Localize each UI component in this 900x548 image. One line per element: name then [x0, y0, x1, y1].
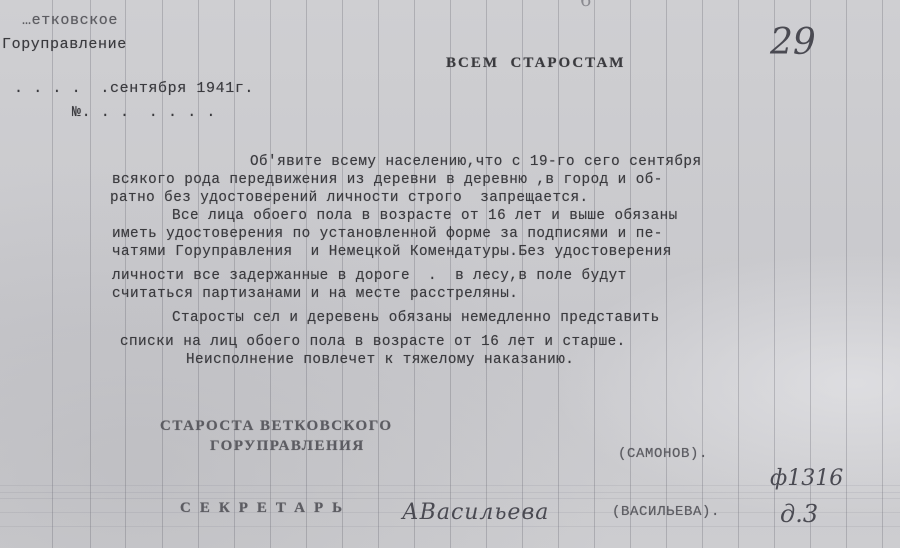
- signer-name: (САМОНОВ).: [618, 446, 708, 462]
- ruling-line: [0, 498, 900, 499]
- scanned-paper: 6 29 …етковское Горуправление . . . . .с…: [0, 0, 900, 548]
- body-line: ратно без удостоверений личности строго …: [110, 190, 589, 206]
- body-line: Неисполнение повлечет к тяжелому наказан…: [186, 352, 574, 368]
- archive-page-number: 29: [770, 22, 816, 63]
- ruling-line: [0, 492, 900, 493]
- archive-delo-reference: д.3: [780, 500, 818, 528]
- document-number-line: №. . . . . . .: [72, 104, 216, 121]
- ruling-line: [0, 526, 900, 527]
- archive-top-mark: 6: [580, 0, 591, 11]
- issuer-name-line-2: Горуправление: [2, 36, 127, 53]
- ruling-line: [846, 0, 847, 548]
- ruling-line: [882, 0, 883, 548]
- date-line: . . . . .сентября 1941г.: [14, 80, 254, 97]
- signer-title-line-2: ГОРУПРАВЛЕНИЯ: [210, 438, 365, 455]
- secretary-handwritten-signature: АВасильева: [402, 500, 549, 525]
- body-line: всякого рода передвижения из деревни в д…: [112, 172, 663, 188]
- body-line: Все лица обоего пола в возрасте от 16 ле…: [172, 208, 678, 224]
- body-line: списки на лиц обоего пола в возрасте от …: [120, 334, 626, 350]
- body-line: считаться партизанами и на месте расстре…: [112, 286, 518, 302]
- body-line: личности все задержанные в дороге . в ле…: [112, 268, 627, 284]
- ruling-line: [702, 0, 703, 548]
- body-line: иметь удостоверения по установленной фор…: [112, 226, 663, 242]
- body-line: чатями Горуправления и Немецкой Комендат…: [112, 244, 672, 260]
- secretary-name: (ВАСИЛЬЕВА).: [612, 504, 720, 520]
- secretary-title: СЕКРЕТАРЬ: [180, 500, 351, 517]
- issuer-name-line-1: …етковское: [22, 12, 118, 29]
- ruling-line: [666, 0, 667, 548]
- ruling-line: [738, 0, 739, 548]
- body-line: Об'явите всему населению,что с 19-го сег…: [250, 154, 701, 170]
- signer-title-line-1: СТАРОСТА ВЕТКОВСКОГО: [160, 418, 393, 435]
- ruling-line: [0, 485, 900, 486]
- archive-fond-reference: ф1316: [770, 466, 843, 491]
- document-heading: ВСЕМ СТАРОСТАМ: [446, 55, 625, 72]
- body-line: Старосты сел и деревень обязаны немедлен…: [172, 310, 660, 326]
- ruling-line: [630, 0, 631, 548]
